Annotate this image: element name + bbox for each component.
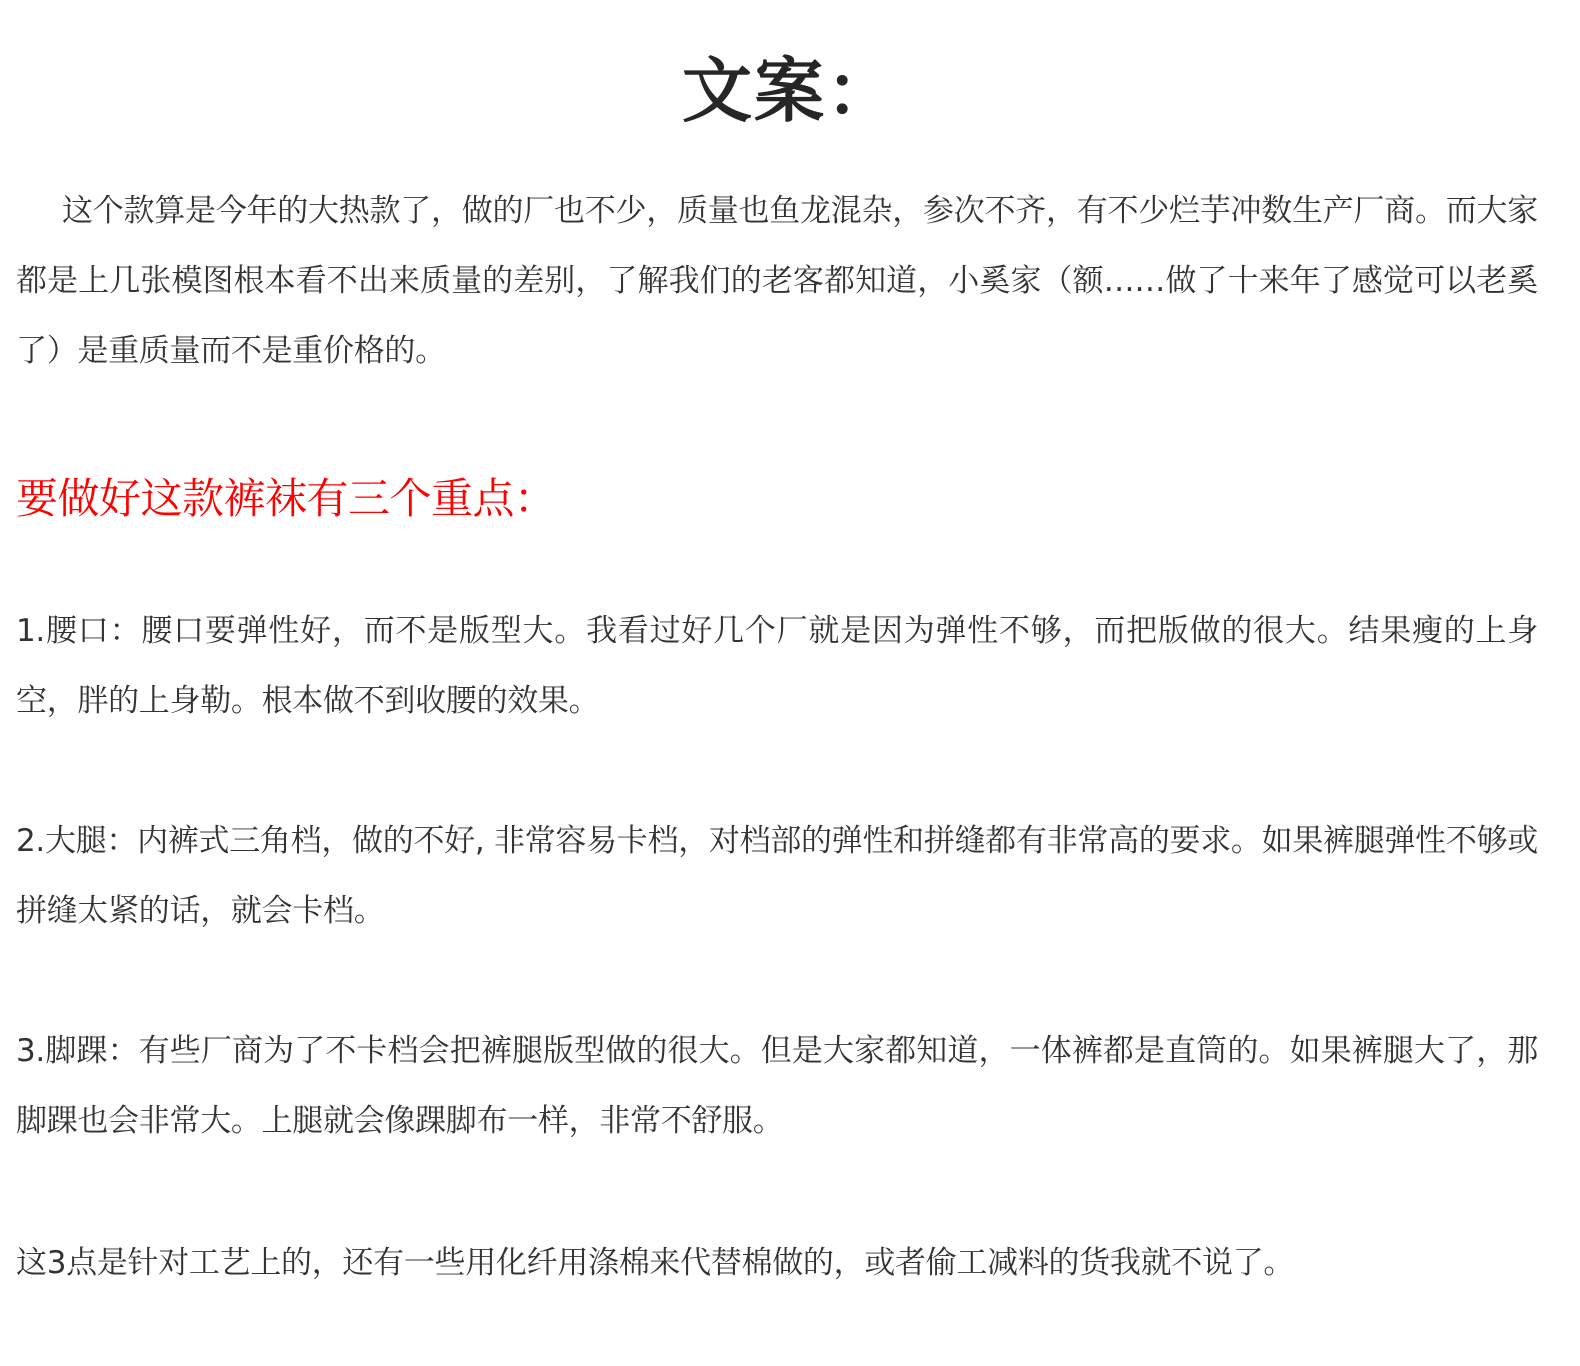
intro-paragraph: 这个款算是今年的大热款了，做的厂也不少，质量也鱼龙混杂，参次不齐，有不少烂芋冲数… — [16, 176, 1538, 386]
closing-paragraph: 这3点是针对工艺上的，还有一些用化纤用涤棉来代替棉做的，或者偷工减料的货我就不说… — [16, 1228, 1538, 1298]
key-points-heading: 要做好这款裤袜有三个重点： — [16, 464, 556, 534]
key-point-waist: 1.腰口：腰口要弹性好，而不是版型大。我看过好几个厂就是因为弹性不够，而把版做的… — [16, 596, 1538, 736]
key-point-thigh: 2.大腿：内裤式三角档，做的不好, 非常容易卡档，对档部的弹性和拼缝都有非常高的… — [16, 806, 1538, 946]
page-title: 文案： — [0, 46, 1580, 136]
key-point-ankle: 3.脚踝：有些厂商为了不卡档会把裤腿版型做的很大。但是大家都知道，一体裤都是直筒… — [16, 1016, 1538, 1156]
